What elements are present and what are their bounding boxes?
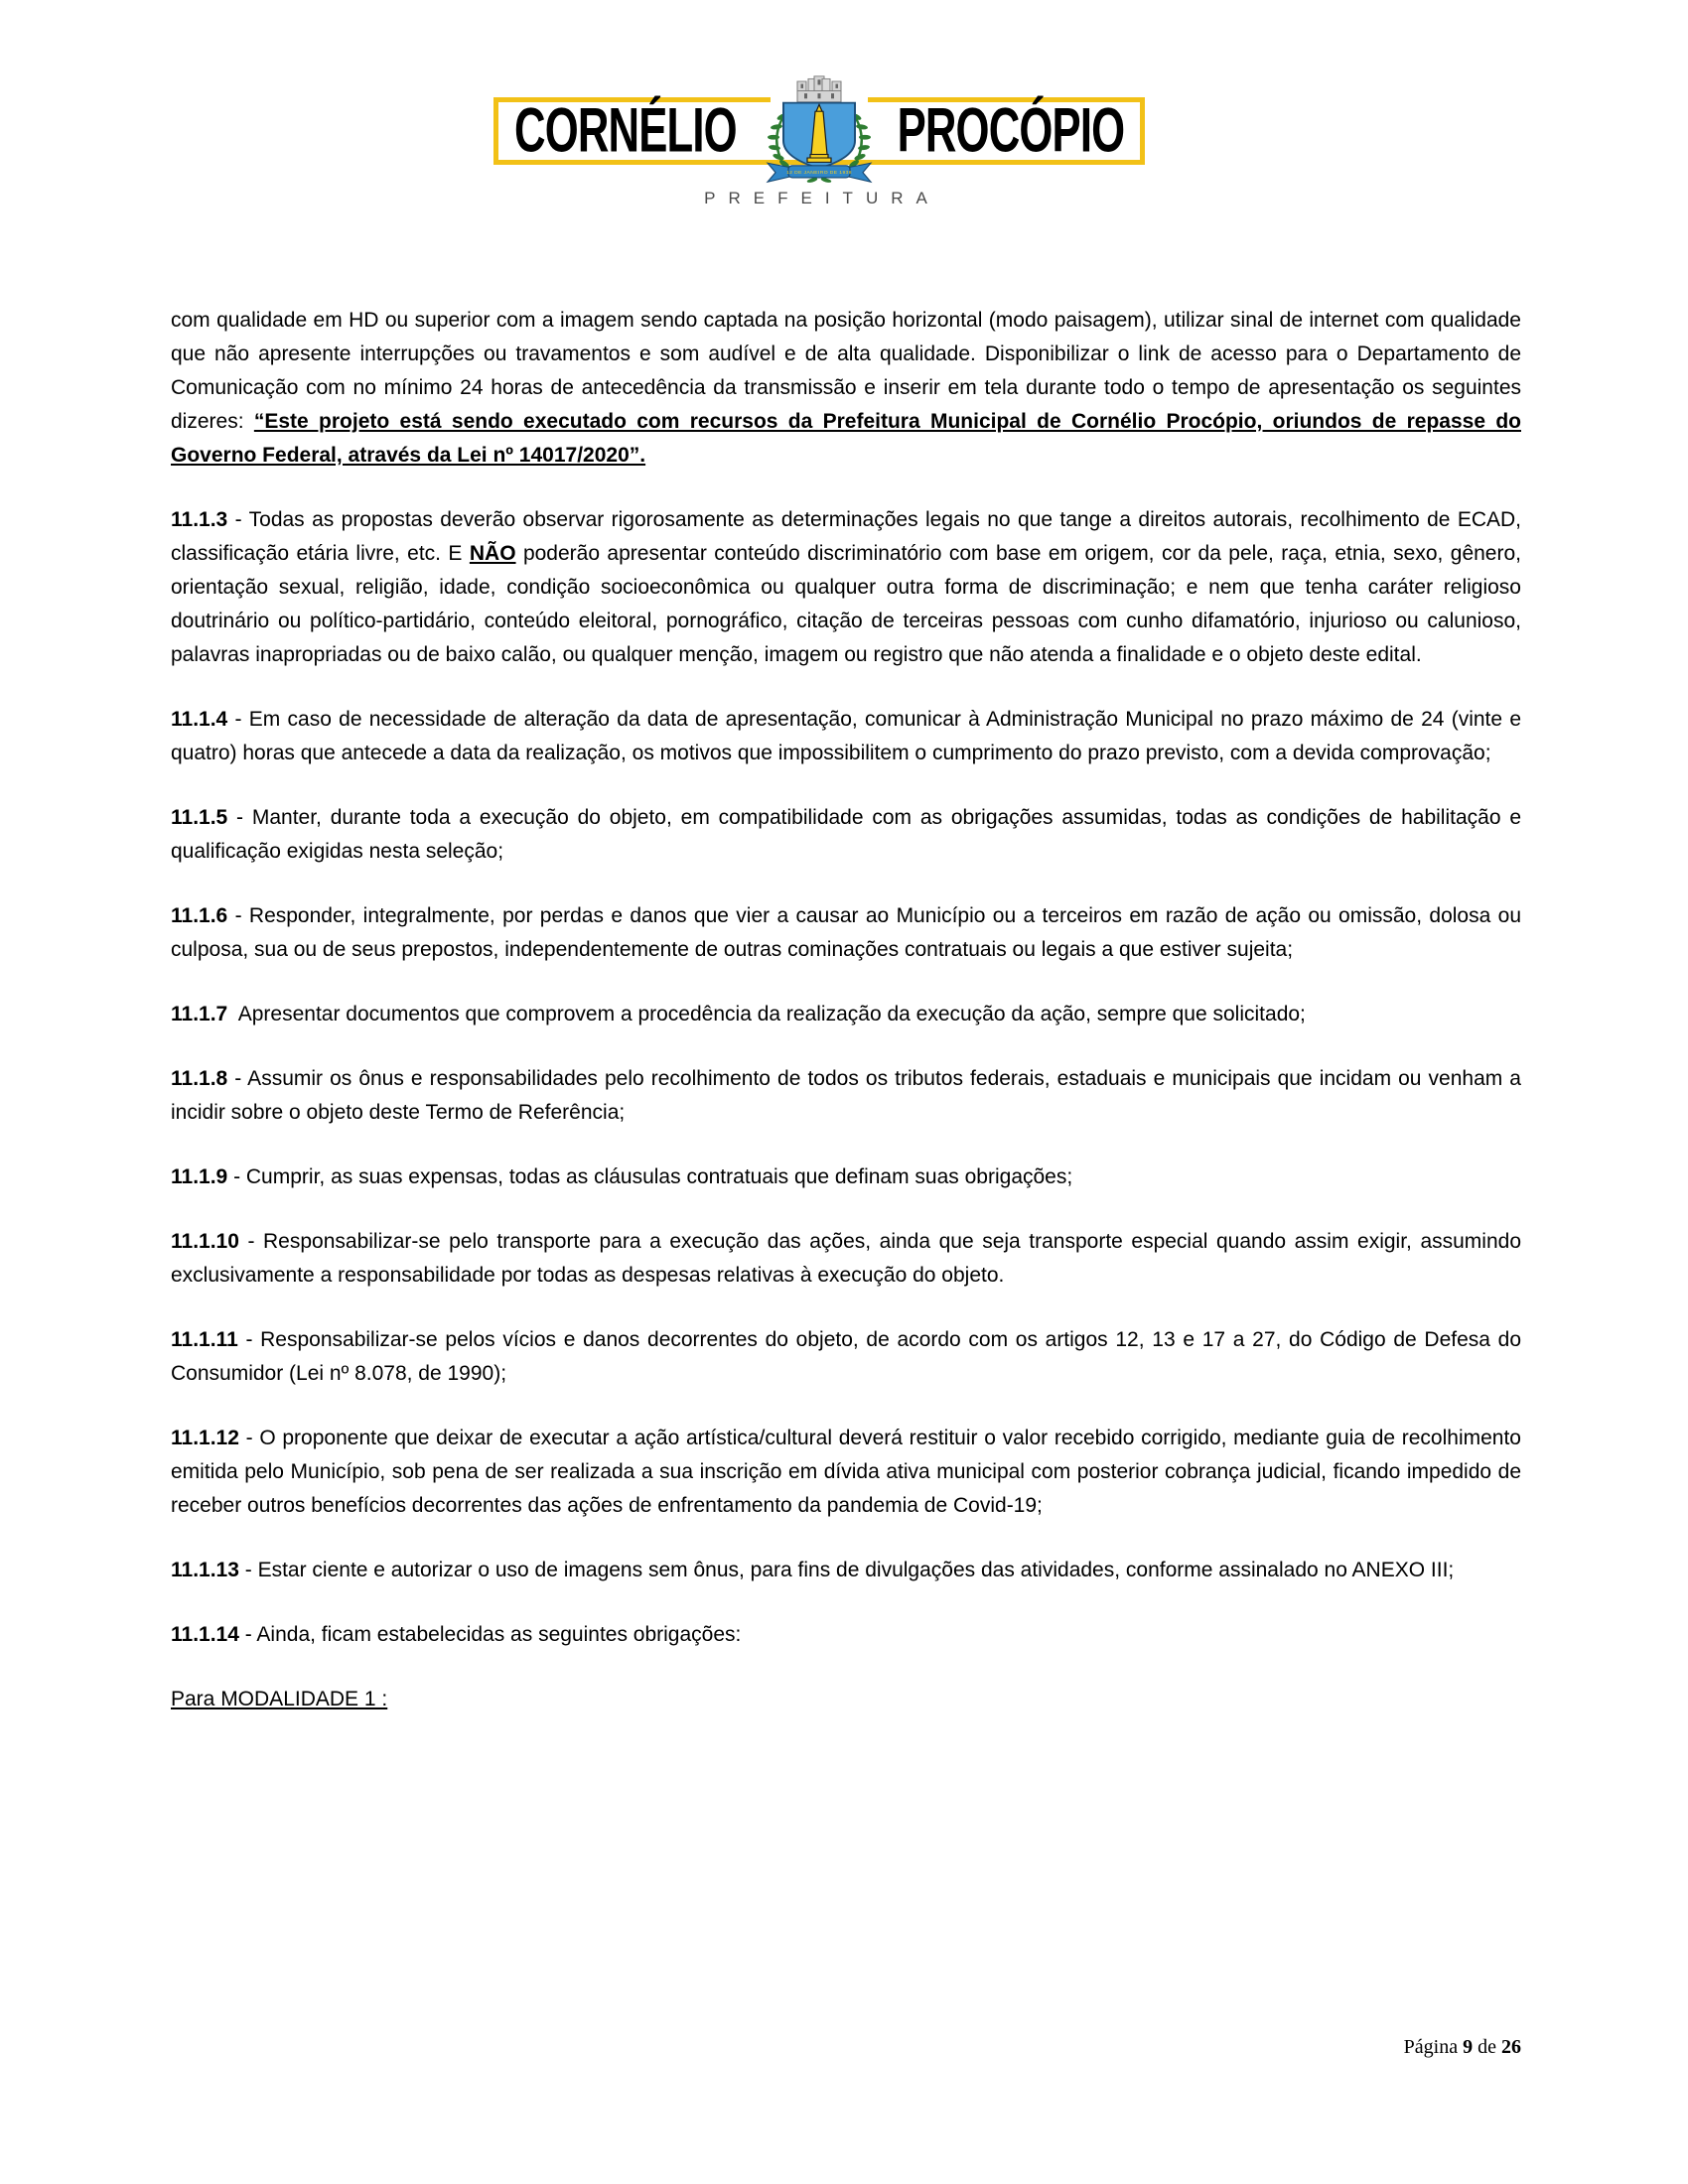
text-segment: 11.1.6: [171, 904, 227, 927]
text-segment: 11.1.10: [171, 1230, 239, 1253]
ribbon-icon: 12 DE JANEIRO DE 1938: [768, 163, 871, 184]
text-segment: Para MODALIDADE 1 :: [171, 1688, 387, 1710]
paragraph-11-1-7: 11.1.7 Apresentar documentos que comprov…: [171, 998, 1521, 1031]
paragraph-11-1-9: 11.1.9 - Cumprir, as suas expensas, toda…: [171, 1160, 1521, 1194]
page-number: Página 9 de 26: [1404, 2036, 1521, 2059]
city-crest-icon: 12 DE JANEIRO DE 1938: [753, 68, 886, 184]
text-segment: 11.1.13: [171, 1559, 239, 1581]
document-body: com qualidade em HD ou superior com a im…: [171, 304, 1521, 1747]
logo-subtitle: PREFEITURA: [698, 189, 940, 208]
paragraph-11-1-10: 11.1.10 - Responsabilizar-se pelo transp…: [171, 1225, 1521, 1293]
text-segment: - Estar ciente e autorizar o uso de imag…: [239, 1559, 1454, 1581]
text-segment: NÃO: [470, 542, 516, 565]
paragraph-11-1-11: 11.1.11 - Responsabilizar-se pelos vício…: [171, 1323, 1521, 1391]
page-number-current: 9: [1463, 2036, 1473, 2058]
text-segment: - Responsabilizar-se pelo transporte par…: [171, 1230, 1521, 1287]
logo-word-cornelio: CORNÉLIO: [514, 99, 737, 162]
text-segment: 11.1.8: [171, 1067, 227, 1090]
text-segment: - Em caso de necessidade de alteração da…: [171, 708, 1521, 764]
document-page: CORNÉLIO PROCÓPIO: [0, 0, 1688, 2184]
paragraph-intro: com qualidade em HD ou superior com a im…: [171, 304, 1521, 473]
paragraph-11-1-3: 11.1.3 - Todas as propostas deverão obse…: [171, 503, 1521, 672]
text-segment: Apresentar documentos que comprovem a pr…: [227, 1003, 1306, 1025]
text-segment: 11.1.5: [171, 806, 227, 829]
text-segment: - Ainda, ficam estabelecidas as seguinte…: [239, 1623, 741, 1646]
text-segment: - Cumprir, as suas expensas, todas as cl…: [227, 1165, 1072, 1188]
logo-word-procopio: PROCÓPIO: [897, 99, 1124, 162]
text-segment: 11.1.3: [171, 508, 227, 531]
paragraph-11-1-12: 11.1.12 - O proponente que deixar de exe…: [171, 1422, 1521, 1523]
page-number-total: 26: [1501, 2036, 1521, 2058]
page-number-de: de: [1473, 2036, 1501, 2058]
text-segment: 11.1.11: [171, 1328, 238, 1351]
text-segment: “Este projeto está sendo executado com r…: [171, 410, 1521, 467]
crest-ribbon-text: 12 DE JANEIRO DE 1938: [786, 170, 852, 175]
text-segment: - Assumir os ônus e responsabilidades pe…: [171, 1067, 1521, 1124]
paragraph-11-1-14: 11.1.14 - Ainda, ficam estabelecidas as …: [171, 1618, 1521, 1652]
text-segment: 11.1.7: [171, 1003, 227, 1025]
text-segment: - O proponente que deixar de executar a …: [171, 1427, 1521, 1517]
paragraph-11-1-5: 11.1.5 - Manter, durante toda a execução…: [171, 801, 1521, 869]
text-segment: 11.1.12: [171, 1427, 239, 1449]
paragraph-11-1-4: 11.1.4 - Em caso de necessidade de alter…: [171, 703, 1521, 770]
text-segment: 11.1.4: [171, 708, 227, 731]
text-segment: 11.1.9: [171, 1165, 227, 1188]
paragraph-11-1-13: 11.1.13 - Estar ciente e autorizar o uso…: [171, 1554, 1521, 1587]
text-segment: - Responsabilizar-se pelos vícios e dano…: [171, 1328, 1521, 1385]
text-segment: 11.1.14: [171, 1623, 239, 1646]
prefeitura-logo: CORNÉLIO PROCÓPIO: [493, 71, 1145, 210]
paragraph-modalidade-1: Para MODALIDADE 1 :: [171, 1683, 1521, 1716]
crown-icon: [797, 76, 841, 102]
page-number-label: Página: [1404, 2036, 1463, 2058]
paragraph-11-1-6: 11.1.6 - Responder, integralmente, por p…: [171, 899, 1521, 967]
text-segment: - Responder, integralmente, por perdas e…: [171, 904, 1521, 961]
text-segment: - Manter, durante toda a execução do obj…: [171, 806, 1521, 863]
paragraph-11-1-8: 11.1.8 - Assumir os ônus e responsabilid…: [171, 1062, 1521, 1130]
